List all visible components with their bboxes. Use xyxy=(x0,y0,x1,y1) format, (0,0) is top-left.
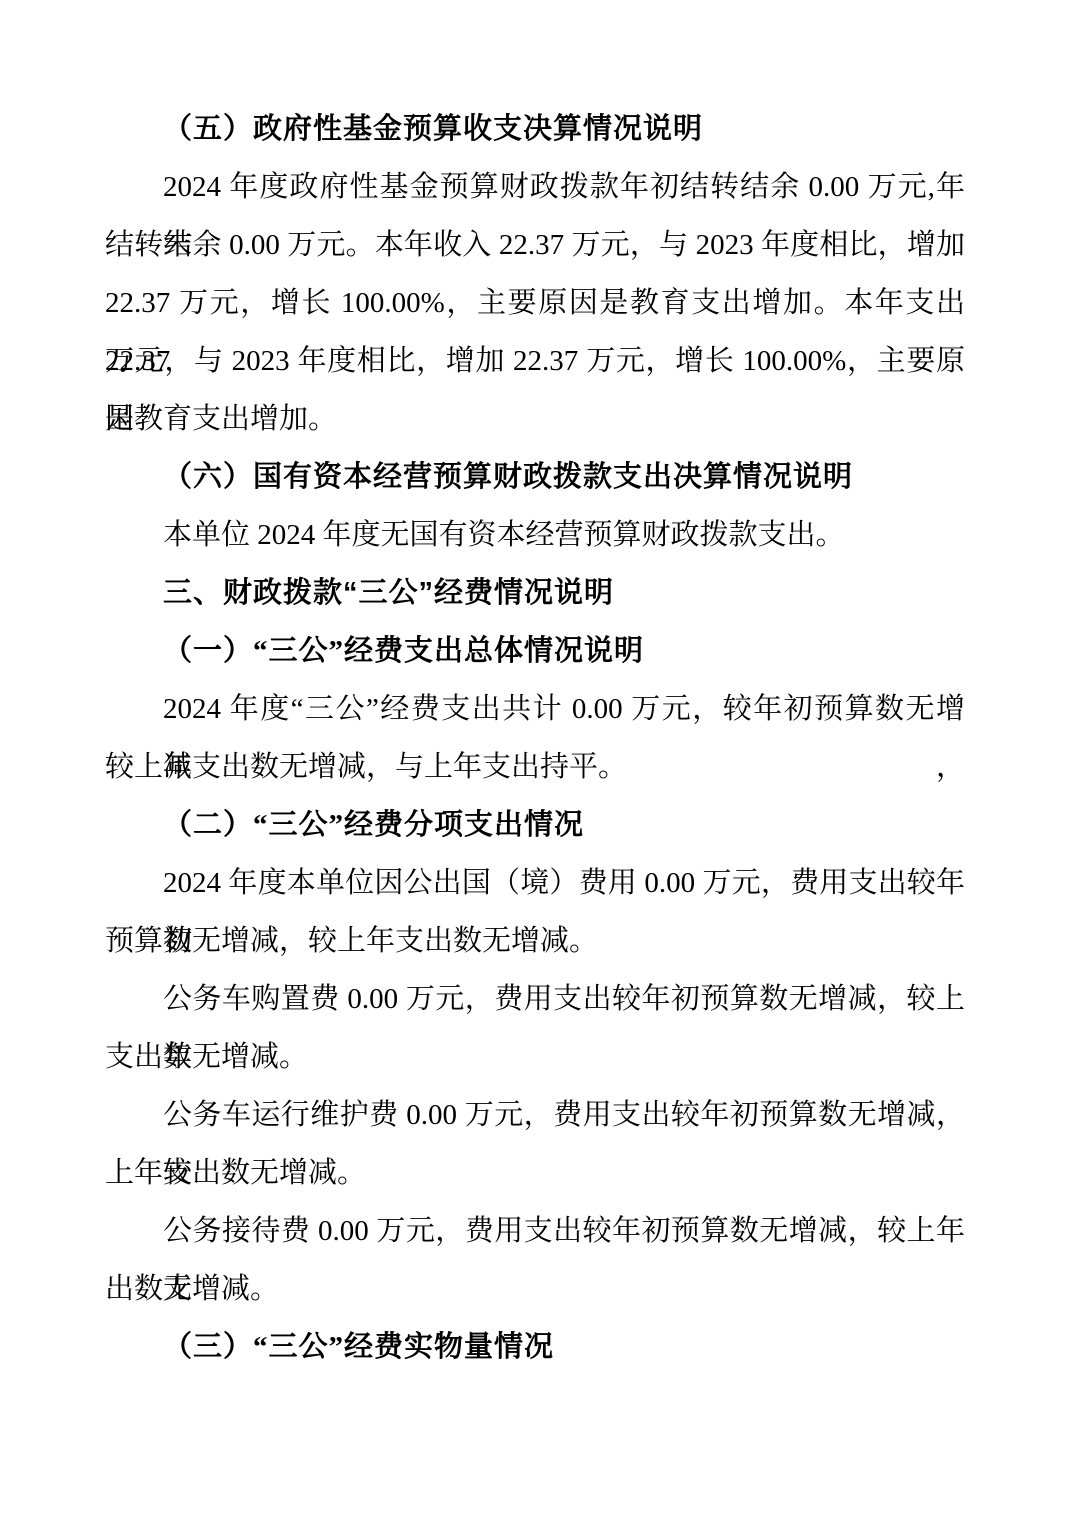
body-line: 上年支出数无增减。 xyxy=(105,1144,965,1202)
body-line: 支出数无增减。 xyxy=(105,1028,965,1086)
document-page: （五）政府性基金预算收支决算情况说明 2024 年度政府性基金预算财政拨款年初结… xyxy=(0,0,1074,1520)
heading-part-3-three-public-funds: 三、财政拨款“三公”经费情况说明 xyxy=(105,564,965,622)
heading-subsection-2-itemized-spending: （二）“三公”经费分项支出情况 xyxy=(105,796,965,854)
body-line: 结转结余 0.00 万元。本年收入 22.37 万元，与 2023 年度相比，增… xyxy=(105,216,965,274)
body-line: 公务车购置费 0.00 万元，费用支出较年初预算数无增减，较上年 xyxy=(105,970,965,1028)
heading-section-6-state-capital: （六）国有资本经营预算财政拨款支出决算情况说明 xyxy=(105,448,965,506)
body-line: 出数无增减。 xyxy=(105,1260,965,1318)
heading-subsection-1-overall-spending: （一）“三公”经费支出总体情况说明 xyxy=(105,622,965,680)
body-line: 22.37 万元，增长 100.00%，主要原因是教育支出增加。本年支出 22.… xyxy=(105,274,965,332)
body-line: 是教育支出增加。 xyxy=(105,390,965,448)
body-line: 万元，与 2023 年度相比，增加 22.37 万元，增长 100.00%，主要… xyxy=(105,332,965,390)
heading-subsection-3-physical-quantity: （三）“三公”经费实物量情况 xyxy=(105,1318,965,1376)
document-content: （五）政府性基金预算收支决算情况说明 2024 年度政府性基金预算财政拨款年初结… xyxy=(105,100,965,1376)
body-line: 预算数无增减，较上年支出数无增减。 xyxy=(105,912,965,970)
body-line: 公务接待费 0.00 万元，费用支出较年初预算数无增减，较上年支 xyxy=(105,1202,965,1260)
body-line: 本单位 2024 年度无国有资本经营预算财政拨款支出。 xyxy=(105,506,965,564)
body-line: 公务车运行维护费 0.00 万元，费用支出较年初预算数无增减，较 xyxy=(105,1086,965,1144)
heading-section-5-gov-fund-budget: （五）政府性基金预算收支决算情况说明 xyxy=(105,100,965,158)
body-line: 2024 年度“三公”经费支出共计 0.00 万元，较年初预算数无增减， xyxy=(105,680,965,738)
body-line: 2024 年度政府性基金预算财政拨款年初结转结余 0.00 万元,年末 xyxy=(105,158,965,216)
body-line: 2024 年度本单位因公出国（境）费用 0.00 万元，费用支出较年初 xyxy=(105,854,965,912)
